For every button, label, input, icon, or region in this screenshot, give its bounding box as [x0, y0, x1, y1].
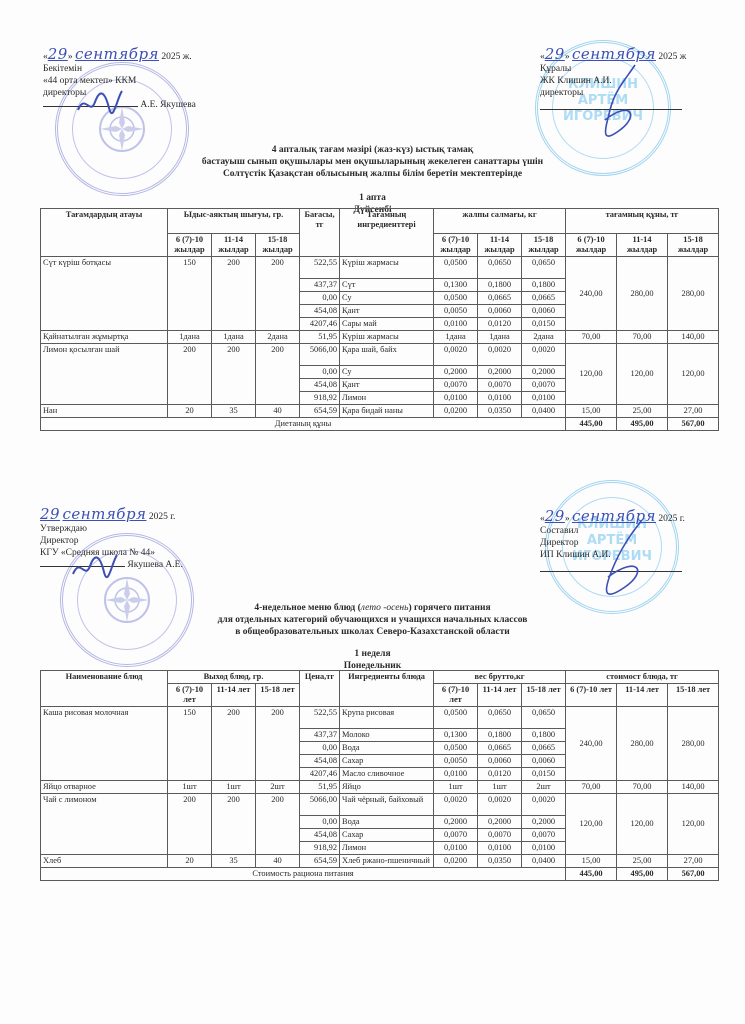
ingredient-name: Сахар	[340, 829, 434, 842]
ingredient-price: 0,00	[300, 292, 340, 305]
ingredient-weight: 1шт	[478, 781, 522, 794]
title-line: 4-недельное меню блюд (лето -осень) горя…	[0, 602, 745, 614]
ingredient-weight: 0,0100	[478, 392, 522, 405]
header-price: Цена,тг	[300, 671, 340, 707]
date-year: 2025 ж	[658, 52, 686, 62]
table-header: Наименование блюд Выход блюд, гр. Цена,т…	[41, 671, 719, 707]
dish-cost: 120,00	[668, 344, 719, 405]
approval-line: Директор	[540, 537, 720, 549]
table-row-dish: Лимон қосылған шай2002002005066,00Қара ш…	[41, 344, 719, 366]
ingredient-weight: 0,0060	[478, 755, 522, 768]
ingredient-weight: 0,0150	[522, 318, 566, 331]
ingredient-weight: 0,0020	[522, 344, 566, 366]
header-dish-cost: тағамның құны, тг	[566, 209, 719, 234]
table-row-dish: Хлеб203540654,59Хлеб ржано-пшеничный0,02…	[41, 855, 719, 868]
ingredient-price: 654,59	[300, 855, 340, 868]
dish-cost: 240,00	[566, 257, 617, 331]
header-output: Выход блюд, гр.	[168, 671, 300, 684]
header-dish-name: Наименование блюд	[41, 671, 168, 707]
approval-line: КГУ «Средняя школа № 44»	[40, 547, 215, 559]
dish-output: 200	[212, 707, 256, 781]
handwritten-month: сентября	[75, 45, 159, 63]
approval-line: ЖК Клишин А.И.	[540, 75, 715, 87]
dish-output: 200	[168, 344, 212, 405]
header-dish-name: Тағамдардың атауы	[41, 209, 168, 257]
week-label: 1 неделя	[0, 648, 745, 660]
header-age-group: 15-18 лет	[668, 684, 719, 707]
ingredient-name: Молоко	[340, 729, 434, 742]
ingredient-weight: 0,0060	[478, 305, 522, 318]
dish-cost: 240,00	[566, 707, 617, 781]
dish-cost: 280,00	[668, 257, 719, 331]
ingredient-weight: 1дана	[434, 331, 478, 344]
ingredient-weight: 0,2000	[434, 366, 478, 379]
dish-output: 1шт	[168, 781, 212, 794]
approval-line: Директор	[40, 535, 215, 547]
header-gross-weight: вес брутто,кг	[434, 671, 566, 684]
ingredient-weight: 0,0100	[434, 318, 478, 331]
title-line: для отдельных категорий обучающихся и уч…	[0, 614, 745, 626]
dish-output: 2дана	[256, 331, 300, 344]
ingredient-weight: 0,0020	[434, 794, 478, 816]
approval-date: «29» сентября 2025 ж.	[43, 48, 213, 63]
ingredient-price: 454,08	[300, 305, 340, 318]
ingredient-name: Вода	[340, 816, 434, 829]
dish-output: 200	[256, 707, 300, 781]
ingredient-weight: 0,0020	[478, 794, 522, 816]
ingredient-weight: 0,0500	[434, 707, 478, 729]
ingredient-name: Су	[340, 366, 434, 379]
ingredient-name: Крупа рисовая	[340, 707, 434, 729]
ingredient-weight: 0,0100	[478, 842, 522, 855]
ingredient-weight: 0,0100	[434, 842, 478, 855]
ingredient-price: 5066,00	[300, 794, 340, 816]
ingredient-weight: 0,1800	[522, 729, 566, 742]
ingredient-weight: 0,0070	[522, 379, 566, 392]
ingredient-weight: 0,0200	[434, 855, 478, 868]
ingredient-weight: 0,0665	[478, 742, 522, 755]
header-age-group: 6 (7)-10 жылдар	[168, 234, 212, 257]
header-ingredients: Ингредиенты блюда	[340, 671, 434, 707]
ingredient-weight: 0,0400	[522, 855, 566, 868]
approval-line: Утверждаю	[40, 523, 215, 535]
table-row-dish: Сүт күріш ботқасы150200200522,55Күріш жа…	[41, 257, 719, 279]
ingredient-price: 51,95	[300, 331, 340, 344]
dish-cost: 120,00	[566, 344, 617, 405]
total-label: Диетаның құны	[41, 418, 566, 431]
header-age-group: 15-18 жылдар	[256, 234, 300, 257]
dish-name: Қайнатылған жұмыртқа	[41, 331, 168, 344]
ingredient-name: Күріш жармасы	[340, 257, 434, 279]
ingredient-name: Қант	[340, 305, 434, 318]
ingredient-weight: 0,2000	[522, 366, 566, 379]
header-age-group: 6 (7)-10 лет	[168, 684, 212, 707]
header-age-group: 15-18 жылдар	[668, 234, 719, 257]
ingredient-price: 437,37	[300, 279, 340, 292]
title-line: бастауыш сынып оқушылары мен оқушыларыны…	[0, 156, 745, 168]
ingredient-weight: 0,1300	[434, 279, 478, 292]
ingredient-weight: 0,2000	[522, 816, 566, 829]
dish-output: 150	[168, 707, 212, 781]
ingredient-name: Сүт	[340, 279, 434, 292]
date-year: 2025 г.	[658, 514, 685, 524]
dish-cost: 280,00	[617, 257, 668, 331]
header-dish-cost: стоимост блюда, тг	[566, 671, 719, 684]
total-value: 567,00	[668, 868, 719, 881]
ingredient-weight: 0,2000	[478, 366, 522, 379]
ingredient-price: 522,55	[300, 707, 340, 729]
ingredient-weight: 0,0120	[478, 768, 522, 781]
ingredient-price: 454,08	[300, 379, 340, 392]
ingredient-weight: 0,0650	[478, 257, 522, 279]
ingredient-name: Қант	[340, 379, 434, 392]
dish-name: Каша рисовая молочная	[41, 707, 168, 781]
approval-line: ИП Клишин А.И.	[540, 549, 720, 561]
ingredient-weight: 0,0100	[522, 842, 566, 855]
ingredient-name: Яйцо	[340, 781, 434, 794]
ingredient-weight: 0,0020	[478, 344, 522, 366]
ingredient-weight: 0,0050	[434, 755, 478, 768]
ingredient-weight: 0,0100	[434, 392, 478, 405]
ingredient-price: 0,00	[300, 816, 340, 829]
ingredient-price: 454,08	[300, 755, 340, 768]
dish-output: 200	[168, 794, 212, 855]
approval-block-left-ru: 29 сентября 2025 г. Утверждаю Директор К…	[40, 508, 215, 571]
ingredient-price: 654,59	[300, 405, 340, 418]
table-row-total: Диетаның құны445,00495,00567,00	[41, 418, 719, 431]
dish-output: 200	[256, 257, 300, 331]
ingredient-weight: 0,0500	[434, 257, 478, 279]
ingredient-weight: 0,0070	[522, 829, 566, 842]
dish-name: Нан	[41, 405, 168, 418]
dish-output: 1шт	[212, 781, 256, 794]
ingredient-weight: 0,0350	[478, 855, 522, 868]
header-age-group: 6 (7)-10 жылдар	[434, 234, 478, 257]
dish-output: 1дана	[168, 331, 212, 344]
dish-cost: 120,00	[566, 794, 617, 855]
ingredient-weight: 0,0400	[522, 405, 566, 418]
ingredient-name: Қара шай, байх	[340, 344, 434, 366]
title-line: 4 апталық тағам мәзірі (жаз-күз) ыстық т…	[0, 144, 745, 156]
ingredient-weight: 0,0070	[478, 379, 522, 392]
handwritten-month: сентября	[62, 505, 146, 523]
handwritten-month: сентября	[572, 45, 656, 63]
ingredient-price: 4207,46	[300, 768, 340, 781]
ingredient-weight: 0,0020	[434, 344, 478, 366]
header-age-group: 11-14 лет	[617, 684, 668, 707]
dish-cost: 15,00	[566, 855, 617, 868]
dish-cost: 120,00	[617, 794, 668, 855]
ingredient-name: Лимон	[340, 392, 434, 405]
dish-cost: 140,00	[668, 781, 719, 794]
ingredient-weight: 0,0150	[522, 768, 566, 781]
ingredient-weight: 0,0500	[434, 292, 478, 305]
title-line: Солтүстік Қазақстан облысының жалпы білі…	[0, 168, 745, 180]
table-row-dish: Яйцо отварное1шт1шт2шт51,95Яйцо1шт1шт2шт…	[41, 781, 719, 794]
dish-cost: 280,00	[617, 707, 668, 781]
total-value: 445,00	[566, 418, 617, 431]
dish-output: 200	[212, 257, 256, 331]
ingredient-name: Лимон	[340, 842, 434, 855]
dish-output: 200	[256, 794, 300, 855]
signature-line	[43, 106, 138, 107]
handwritten-day: 29	[545, 507, 565, 525]
dish-cost: 27,00	[668, 855, 719, 868]
header-age-group: 11-14 жылдар	[617, 234, 668, 257]
ingredient-weight: 2шт	[522, 781, 566, 794]
ingredient-name: Чай чёрный, байховый	[340, 794, 434, 816]
dish-output: 2шт	[256, 781, 300, 794]
ingredient-weight: 0,0100	[434, 768, 478, 781]
dish-cost: 25,00	[617, 855, 668, 868]
ingredient-weight: 0,1800	[478, 279, 522, 292]
ingredient-price: 918,92	[300, 842, 340, 855]
header-gross-weight: жалпы салмағы, кг	[434, 209, 566, 234]
dish-output: 20	[168, 855, 212, 868]
ingredient-price: 0,00	[300, 366, 340, 379]
ingredient-weight: 0,0500	[434, 742, 478, 755]
header-age-group: 11-14 жылдар	[212, 234, 256, 257]
dish-output: 40	[256, 405, 300, 418]
ingredient-weight: 0,0665	[478, 292, 522, 305]
ingredient-weight: 0,1300	[434, 729, 478, 742]
ingredient-price: 918,92	[300, 392, 340, 405]
ingredient-price: 5066,00	[300, 344, 340, 366]
ingredient-name: Күріш жармасы	[340, 331, 434, 344]
ingredient-weight: 0,1800	[478, 729, 522, 742]
ingredient-weight: 0,0200	[434, 405, 478, 418]
total-value: 567,00	[668, 418, 719, 431]
ingredient-price: 437,37	[300, 729, 340, 742]
ingredient-weight: 0,0350	[478, 405, 522, 418]
ingredient-weight: 0,0665	[522, 292, 566, 305]
header-age-group: 6 (7)-10 жылдар	[566, 234, 617, 257]
dish-cost: 70,00	[617, 331, 668, 344]
signature-line	[540, 571, 682, 572]
ingredient-weight: 1шт	[434, 781, 478, 794]
ingredient-price: 4207,46	[300, 318, 340, 331]
signatory-name: Якушева А.Е.	[127, 560, 182, 570]
ingredient-name: Сары май	[340, 318, 434, 331]
ingredient-weight: 0,0020	[522, 794, 566, 816]
ingredient-weight: 1дана	[478, 331, 522, 344]
handwritten-day: 29	[40, 505, 60, 523]
header-price: Бағасы, тг	[300, 209, 340, 257]
dish-output: 20	[168, 405, 212, 418]
ingredient-weight: 0,0060	[522, 305, 566, 318]
table-row-total: Стоимость рациона питания445,00495,00567…	[41, 868, 719, 881]
approval-line: Құралы	[540, 63, 715, 75]
approval-line: «44 орта мектеп» ККМ	[43, 75, 213, 87]
approval-line: директоры	[540, 87, 715, 99]
ingredient-weight: 2дана	[522, 331, 566, 344]
dish-cost: 140,00	[668, 331, 719, 344]
table-row-dish: Қайнатылған жұмыртқа1дана1дана2дана51,95…	[41, 331, 719, 344]
dish-cost: 120,00	[668, 794, 719, 855]
dish-name: Хлеб	[41, 855, 168, 868]
dish-cost: 70,00	[566, 781, 617, 794]
ingredient-price: 522,55	[300, 257, 340, 279]
header-age-group: 11-14 лет	[212, 684, 256, 707]
season-label: лето -осень	[361, 603, 409, 613]
menu-table-ru: Наименование блюд Выход блюд, гр. Цена,т…	[40, 670, 719, 881]
ingredient-price: 51,95	[300, 781, 340, 794]
table-body: Каша рисовая молочная150200200522,55Круп…	[41, 707, 719, 881]
ingredient-name: Қара бидай наны	[340, 405, 434, 418]
ingredient-name: Вода	[340, 742, 434, 755]
ingredient-price: 454,08	[300, 829, 340, 842]
table-row-dish: Каша рисовая молочная150200200522,55Круп…	[41, 707, 719, 729]
total-value: 495,00	[617, 868, 668, 881]
approval-block-right-ru: «29» сентября 2025 г. Составил Директор …	[540, 510, 720, 576]
ingredient-weight: 0,0665	[522, 742, 566, 755]
week-label: 1 апта	[0, 192, 745, 204]
ingredient-weight: 0,2000	[434, 816, 478, 829]
header-age-group: 15-18 лет	[522, 684, 566, 707]
dish-cost: 27,00	[668, 405, 719, 418]
dish-output: 35	[212, 405, 256, 418]
ingredient-weight: 0,0650	[478, 707, 522, 729]
date-year: 2025 г.	[149, 512, 176, 522]
date-year: 2025 ж.	[161, 52, 191, 62]
approval-line: Составил	[540, 525, 720, 537]
table-row-dish: Нан203540654,59Қара бидай наны0,02000,03…	[41, 405, 719, 418]
dish-cost: 120,00	[617, 344, 668, 405]
dish-cost: 25,00	[617, 405, 668, 418]
ingredient-weight: 0,2000	[478, 816, 522, 829]
menu-table-kz: Тағамдардың атауы Ыдыс-аяктың шығуы, гр.…	[40, 208, 719, 431]
dish-output: 35	[212, 855, 256, 868]
total-value: 495,00	[617, 418, 668, 431]
ingredient-weight: 0,0650	[522, 257, 566, 279]
approval-date: 29 сентября 2025 г.	[40, 508, 215, 523]
ingredient-price: 0,00	[300, 742, 340, 755]
header-age-group: 6 (7)-10 лет	[434, 684, 478, 707]
ingredient-weight: 0,0060	[522, 755, 566, 768]
header-age-group: 11-14 жылдар	[478, 234, 522, 257]
dish-cost: 15,00	[566, 405, 617, 418]
signature-line	[540, 109, 682, 110]
dish-output: 200	[212, 794, 256, 855]
header-age-group: 6 (7)-10 лет	[566, 684, 617, 707]
ingredient-name: Сахар	[340, 755, 434, 768]
dish-name: Лимон қосылған шай	[41, 344, 168, 405]
signature-line	[40, 566, 125, 567]
total-value: 445,00	[566, 868, 617, 881]
ingredient-weight: 0,0070	[434, 379, 478, 392]
ingredient-weight: 0,0070	[478, 829, 522, 842]
dish-output: 150	[168, 257, 212, 331]
ingredient-weight: 0,0650	[522, 707, 566, 729]
approval-block-right-kz: «29» сентября 2025 ж Құралы ЖК Клишин А.…	[540, 48, 715, 114]
table-row-dish: Чай с лимоном2002002005066,00Чай чёрный,…	[41, 794, 719, 816]
title-line: в общеобразовательных школах Северо-Каза…	[0, 626, 745, 638]
approval-line: директоры	[43, 87, 213, 99]
table-header: Тағамдардың атауы Ыдыс-аяктың шығуы, гр.…	[41, 209, 719, 257]
header-age-group: 11-14 лет	[478, 684, 522, 707]
approval-date: «29» сентября 2025 ж	[540, 48, 715, 63]
table-body: Сүт күріш ботқасы150200200522,55Күріш жа…	[41, 257, 719, 431]
header-output: Ыдыс-аяктың шығуы, гр.	[168, 209, 300, 234]
title-ru: 4-недельное меню блюд (лето -осень) горя…	[0, 602, 745, 672]
dish-cost: 280,00	[668, 707, 719, 781]
dish-name: Яйцо отварное	[41, 781, 168, 794]
ingredient-weight: 0,0050	[434, 305, 478, 318]
approval-block-left-kz: «29» сентября 2025 ж. Бекітемін «44 орта…	[43, 48, 213, 111]
dish-cost: 70,00	[566, 331, 617, 344]
ingredient-weight: 0,0070	[434, 829, 478, 842]
dish-cost: 70,00	[617, 781, 668, 794]
ingredient-weight: 0,0120	[478, 318, 522, 331]
handwritten-day: 29	[48, 45, 68, 63]
header-age-group: 15-18 лет	[256, 684, 300, 707]
ingredient-weight: 0,0100	[522, 392, 566, 405]
dish-output: 200	[212, 344, 256, 405]
ingredient-name: Хлеб ржано-пшеничный	[340, 855, 434, 868]
title-kz: 4 апталық тағам мәзірі (жаз-күз) ыстық т…	[0, 144, 745, 216]
ingredient-name: Су	[340, 292, 434, 305]
handwritten-month: сентября	[572, 507, 656, 525]
ingredient-name: Масло сливочное	[340, 768, 434, 781]
dish-output: 200	[256, 344, 300, 405]
ingredient-weight: 0,1800	[522, 279, 566, 292]
header-ingredients: Тағамның ингредиенттері	[340, 209, 434, 257]
approval-date: «29» сентября 2025 г.	[540, 510, 720, 525]
dish-name: Чай с лимоном	[41, 794, 168, 855]
signatory-name: А.Е. Якушева	[140, 100, 195, 110]
dish-output: 1дана	[212, 331, 256, 344]
header-age-group: 15-18 жылдар	[522, 234, 566, 257]
dish-output: 40	[256, 855, 300, 868]
dish-name: Сүт күріш ботқасы	[41, 257, 168, 331]
total-label: Стоимость рациона питания	[41, 868, 566, 881]
approval-line: Бекітемін	[43, 63, 213, 75]
handwritten-day: 29	[545, 45, 565, 63]
